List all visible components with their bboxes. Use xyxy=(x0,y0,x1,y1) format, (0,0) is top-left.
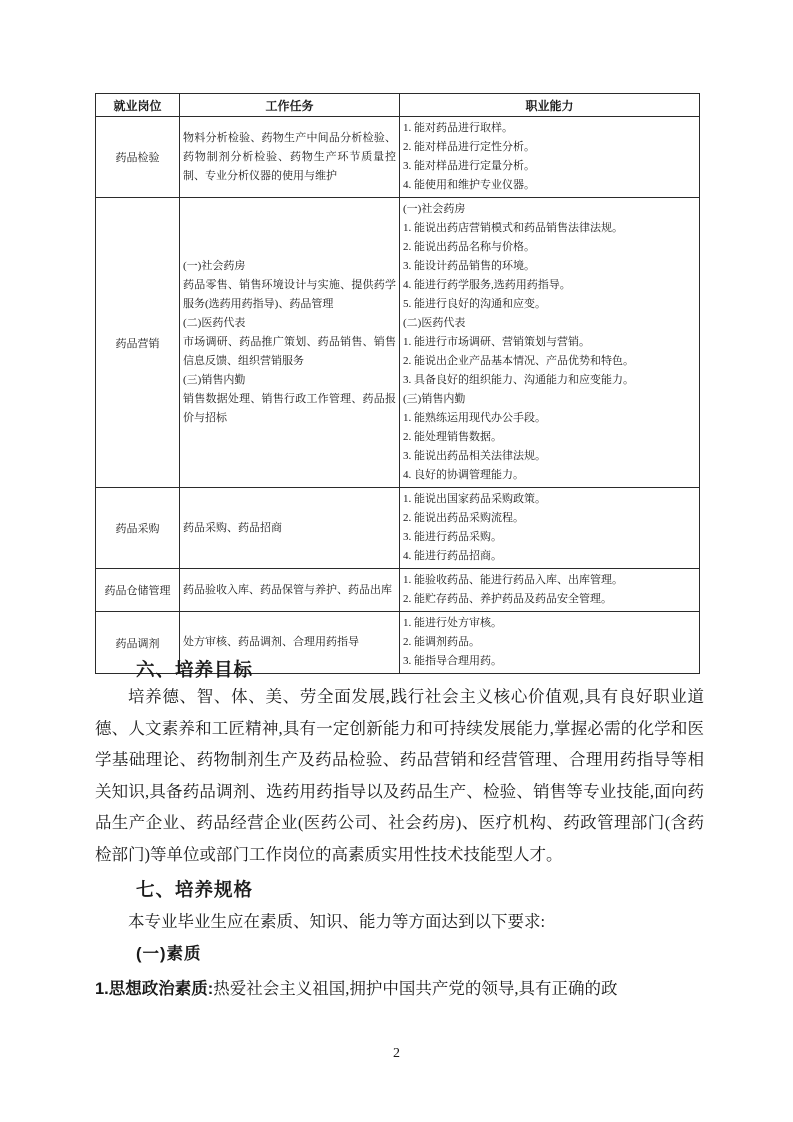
cell-line: 1. 能说出国家药品采购政策。 xyxy=(403,490,696,509)
cell-line: (三)销售内勤 xyxy=(183,371,396,390)
cell-line: 市场调研、药品推广策划、药品销售、销售信息反馈、组织营销服务 xyxy=(183,333,396,371)
training-goal-paragraph: 培养德、智、体、美、劳全面发展,践行社会主义核心价值观,具有良好职业道德、人文素… xyxy=(95,681,704,870)
cell-line: (三)销售内勤 xyxy=(403,390,696,409)
cell-line: 1. 能对药品进行取样。 xyxy=(403,119,696,138)
cell-line: (二)医药代表 xyxy=(183,314,396,333)
cell-line: 销售数据处理、销售行政工作管理、药品报价与招标 xyxy=(183,390,396,428)
abilities-cell: 1. 能验收药品、能进行药品入库、出库管理。2. 能贮存药品、养护药品及药品安全… xyxy=(400,569,700,612)
cell-line: 2. 能对样品进行定性分析。 xyxy=(403,138,696,157)
section-heading-training-spec: 七、培养规格 xyxy=(95,876,704,902)
position-cell: 药品检验 xyxy=(96,117,180,198)
cell-line: (一)社会药房 xyxy=(183,257,396,276)
abilities-cell: 1. 能说出国家药品采购政策。2. 能说出药品采购流程。3. 能进行药品采购。4… xyxy=(400,488,700,569)
page-number: 2 xyxy=(0,1046,793,1062)
cell-line: 3. 能对样品进行定量分析。 xyxy=(403,157,696,176)
cell-line: 2. 能说出企业产品基本情况、产品优势和特色。 xyxy=(403,352,696,371)
cell-line: 1. 能验收药品、能进行药品入库、出库管理。 xyxy=(403,571,696,590)
cell-line: 3. 能说出药品相关法律法规。 xyxy=(403,447,696,466)
abilities-cell: 1. 能对药品进行取样。2. 能对样品进行定性分析。3. 能对样品进行定量分析。… xyxy=(400,117,700,198)
cell-line: 药品验收入库、药品保管与养护、药品出库 xyxy=(183,581,396,600)
cell-line: 物料分析检验、药物生产中间品分析检验、药物制剂分析检验、药物生产环节质量控制、专… xyxy=(183,129,396,186)
cell-line: 4. 能进行药品招商。 xyxy=(403,547,696,566)
position-cell: 药品采购 xyxy=(96,488,180,569)
cell-line: 4. 能进行药学服务,选药用药指导。 xyxy=(403,276,696,295)
header-abilities: 职业能力 xyxy=(400,94,700,117)
tasks-cell: (一)社会药房药品零售、销售环境设计与实施、提供药学服务(选药用药指导)、药品管… xyxy=(180,198,400,488)
table-row: 药品仓储管理药品验收入库、药品保管与养护、药品出库1. 能验收药品、能进行药品入… xyxy=(96,569,700,612)
table-row: 药品采购药品采购、药品招商1. 能说出国家药品采购政策。2. 能说出药品采购流程… xyxy=(96,488,700,569)
table-header-row: 就业岗位 工作任务 职业能力 xyxy=(96,94,700,117)
cell-line: 2. 能说出药品名称与价格。 xyxy=(403,238,696,257)
section-heading-training-goal: 六、培养目标 xyxy=(95,656,704,682)
cell-line: (一)社会药房 xyxy=(403,200,696,219)
cell-line: 1. 能说出药店营销模式和药品销售法律法规。 xyxy=(403,219,696,238)
quality-item-1: 1.思想政治素质:热爱社会主义祖国,拥护中国共产党的领导,具有正确的政 xyxy=(95,973,704,1006)
cell-line: 3. 能进行药品采购。 xyxy=(403,528,696,547)
cell-line: 2. 能调剂药品。 xyxy=(403,633,696,652)
tasks-cell: 物料分析检验、药物生产中间品分析检验、药物制剂分析检验、药物生产环节质量控制、专… xyxy=(180,117,400,198)
abilities-cell: (一)社会药房1. 能说出药店营销模式和药品销售法律法规。2. 能说出药品名称与… xyxy=(400,198,700,488)
cell-line: 1. 能进行市场调研、营销策划与营销。 xyxy=(403,333,696,352)
table-row: 药品检验物料分析检验、药物生产中间品分析检验、药物制剂分析检验、药物生产环节质量… xyxy=(96,117,700,198)
cell-line: 5. 能进行良好的沟通和应变。 xyxy=(403,295,696,314)
document-page: 就业岗位 工作任务 职业能力 药品检验物料分析检验、药物生产中间品分析检验、药物… xyxy=(0,0,793,1122)
cell-line: 4. 能使用和维护专业仪器。 xyxy=(403,176,696,195)
cell-line: 4. 良好的协调管理能力。 xyxy=(403,466,696,485)
table-body: 药品检验物料分析检验、药物生产中间品分析检验、药物制剂分析检验、药物生产环节质量… xyxy=(96,117,700,674)
cell-line: 药品零售、销售环境设计与实施、提供药学服务(选药用药指导)、药品管理 xyxy=(183,276,396,314)
subsection-heading-quality: (一)素质 xyxy=(95,940,704,964)
cell-line: 1. 能进行处方审核。 xyxy=(403,614,696,633)
quality-item-1-text: 热爱社会主义祖国,拥护中国共产党的领导,具有正确的政 xyxy=(213,979,617,998)
cell-line: 1. 能熟练运用现代办公手段。 xyxy=(403,409,696,428)
cell-line: 2. 能说出药品采购流程。 xyxy=(403,509,696,528)
cell-line: (二)医药代表 xyxy=(403,314,696,333)
cell-line: 3. 具备良好的组织能力、沟通能力和应变能力。 xyxy=(403,371,696,390)
cell-line: 2. 能处理销售数据。 xyxy=(403,428,696,447)
cell-line: 药品采购、药品招商 xyxy=(183,519,396,538)
position-cell: 药品营销 xyxy=(96,198,180,488)
tasks-cell: 药品验收入库、药品保管与养护、药品出库 xyxy=(180,569,400,612)
table-row: 药品营销(一)社会药房药品零售、销售环境设计与实施、提供药学服务(选药用药指导)… xyxy=(96,198,700,488)
header-position: 就业岗位 xyxy=(96,94,180,117)
quality-item-1-label: 1.思想政治素质: xyxy=(95,980,213,998)
training-spec-intro: 本专业毕业生应在素质、知识、能力等方面达到以下要求: xyxy=(95,906,704,938)
header-tasks: 工作任务 xyxy=(180,94,400,117)
cell-line: 2. 能贮存药品、养护药品及药品安全管理。 xyxy=(403,590,696,609)
cell-line: 处方审核、药品调剂、合理用药指导 xyxy=(183,633,396,652)
position-cell: 药品仓储管理 xyxy=(96,569,180,612)
jobs-table: 就业岗位 工作任务 职业能力 药品检验物料分析检验、药物生产中间品分析检验、药物… xyxy=(95,93,700,674)
cell-line: 3. 能设计药品销售的环境。 xyxy=(403,257,696,276)
tasks-cell: 药品采购、药品招商 xyxy=(180,488,400,569)
